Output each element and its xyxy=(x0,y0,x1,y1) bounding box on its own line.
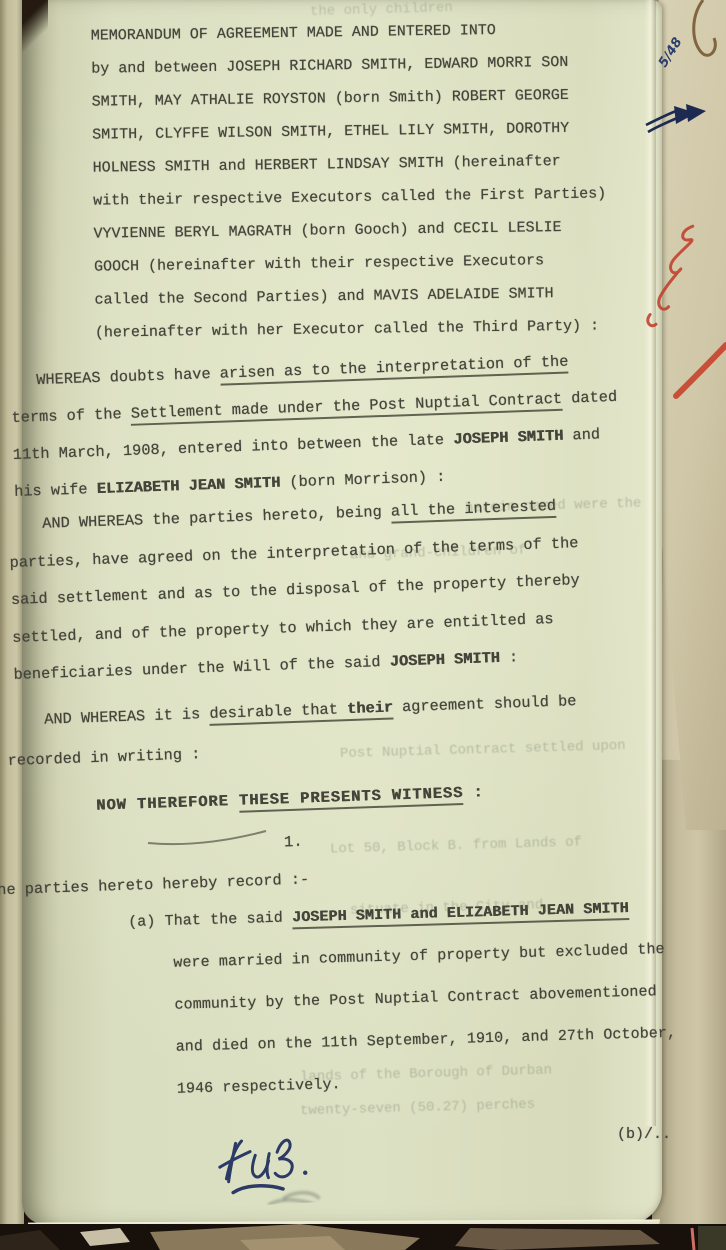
witness-heading: NOW THEREFORE THESE PRESENTS WITNESS : xyxy=(96,783,484,815)
document-page: the only children herein named were the … xyxy=(22,0,662,1224)
bleedthrough-text: Lot 50, Block B. from Lands of xyxy=(330,834,582,857)
clause-a-paragraph: (a) That the said JOSEPH SMITH and ELIZA… xyxy=(128,898,694,1124)
gutter-corner-shadow xyxy=(22,0,48,52)
record-lead-in: The parties hereto hereby record :- xyxy=(0,870,310,899)
whereas-paragraph-3: AND WHEREAS it is desirable that their a… xyxy=(6,688,698,792)
section-number: 1. xyxy=(284,833,303,852)
next-page-reference: (b)/.. xyxy=(617,1126,671,1143)
torn-paper-fragment xyxy=(240,1236,345,1250)
whereas-paragraph-1: WHEREAS doubts have arisen as to the int… xyxy=(10,348,705,520)
whereas-paragraph-2: AND WHEREAS the parties hereto, being al… xyxy=(8,492,704,703)
preamble-paragraph: MEMORANDUM OF AGREEMENT MADE AND ENTERED… xyxy=(91,20,609,357)
handwritten-initials xyxy=(214,1131,347,1208)
ghost-ink-smudge xyxy=(270,1189,325,1207)
bleedthrough-text: the only children xyxy=(310,0,453,20)
photographed-document-page: { "document": { "blocks": { "preamble": … xyxy=(0,0,726,1250)
